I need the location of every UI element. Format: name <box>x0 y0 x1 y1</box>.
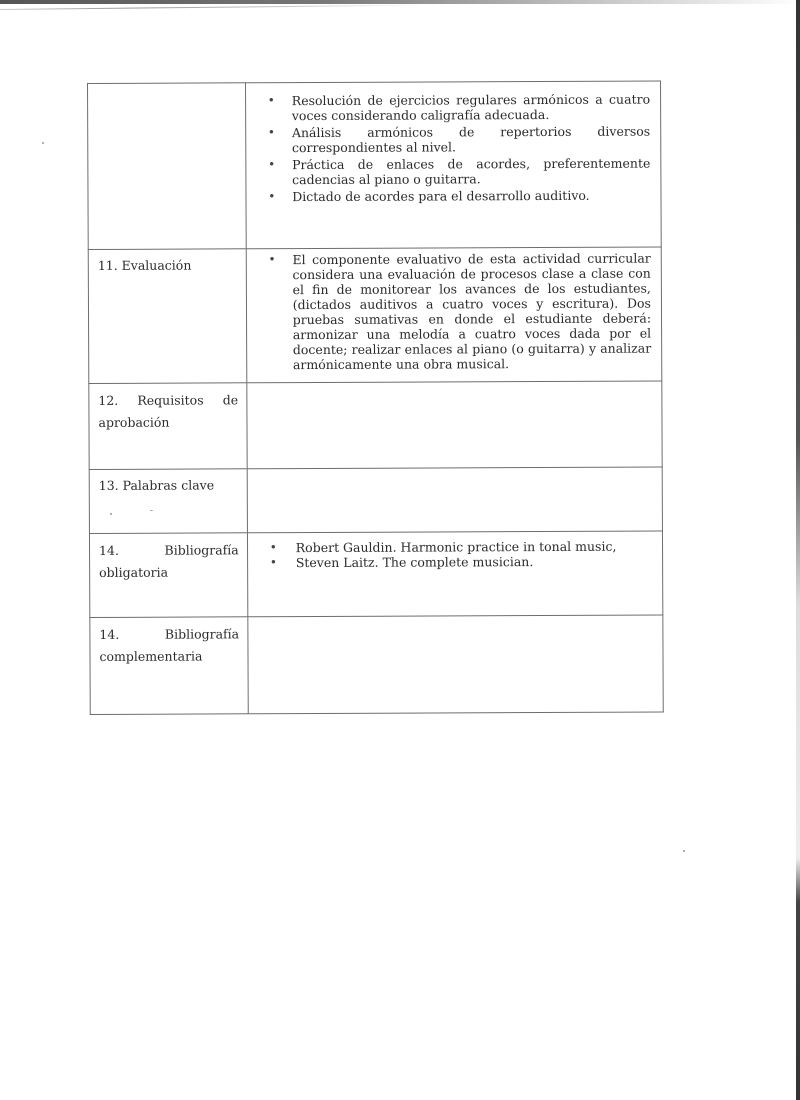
row-label-cell: 11. Evaluación <box>88 249 246 384</box>
table-row: 11. Evaluación El componente evaluativo … <box>88 247 662 383</box>
activities-list: Resolución de ejercicios regulares armón… <box>258 92 651 205</box>
list-item: Steven Laitz. The complete musician. <box>260 554 652 571</box>
table-row: 14. Bibliografía complementaria <box>90 615 663 714</box>
label-connector: de <box>223 389 239 411</box>
label-number: 14. <box>99 624 119 646</box>
row-label-cell: 14. Bibliografía complementaria <box>90 617 248 715</box>
scan-speck <box>42 142 44 144</box>
section-label-requisitos: 12. Requisitos de <box>98 389 238 412</box>
section-label-evaluacion: 11. Evaluación <box>98 255 238 273</box>
list-item: Resolución de ejercicios regulares armón… <box>258 92 650 124</box>
list-item: Análisis armónicos de repertorios divers… <box>258 124 650 156</box>
row-label-cell <box>88 83 246 250</box>
label-number: 12. <box>98 390 118 412</box>
row-content-cell: Resolución de ejercicios regulares armón… <box>245 81 661 249</box>
label-second-line: obligatoria <box>99 561 239 584</box>
label-number: 14. <box>99 540 119 562</box>
row-content-cell <box>247 381 663 469</box>
bibliography-list: Robert Gauldin. Harmonic practice in ton… <box>260 539 652 571</box>
scan-right-edge <box>796 0 800 1100</box>
section-label-bibliografia-complementaria: 14. Bibliografía <box>99 623 239 646</box>
table-row: 12. Requisitos de aprobación <box>89 381 662 469</box>
list-item: Dictado de acordes para el desarrollo au… <box>258 188 650 205</box>
label-second-line: aprobación <box>98 411 238 434</box>
table-row: 14. Bibliografía obligatoria Robert Gaul… <box>89 531 662 617</box>
row-content-cell <box>247 467 663 533</box>
row-content-cell: El componente evaluativo de esta activid… <box>246 247 662 383</box>
section-label-palabras-clave: 13. Palabras clave <box>99 475 239 493</box>
label-word: Bibliografía <box>164 539 238 561</box>
row-label-cell: 13. Palabras clave <box>89 469 247 534</box>
label-word: Requisitos <box>137 389 203 411</box>
list-item: El componente evaluativo de esta activid… <box>258 251 651 373</box>
list-item: Robert Gauldin. Harmonic practice in ton… <box>260 539 652 556</box>
table-row: 13. Palabras clave <box>89 467 662 533</box>
row-label-cell: 14. Bibliografía obligatoria <box>89 533 247 618</box>
section-label-bibliografia-obligatoria: 14. Bibliografía <box>99 539 239 562</box>
course-program-table: Resolución de ejercicios regulares armón… <box>87 80 664 714</box>
table-row: Resolución de ejercicios regulares armón… <box>88 81 662 249</box>
label-word: Bibliografía <box>165 623 239 645</box>
scan-edge-line <box>0 5 420 10</box>
list-item: Práctica de enlaces de acordes, preferen… <box>258 156 650 188</box>
row-label-cell: 12. Requisitos de aprobación <box>89 383 247 470</box>
evaluation-list: El componente evaluativo de esta activid… <box>258 251 651 373</box>
scan-top-edge <box>0 0 800 4</box>
label-second-line: complementaria <box>99 645 239 668</box>
scan-speck <box>683 850 685 852</box>
row-content-cell <box>248 615 664 714</box>
row-content-cell: Robert Gauldin. Harmonic practice in ton… <box>247 531 663 617</box>
